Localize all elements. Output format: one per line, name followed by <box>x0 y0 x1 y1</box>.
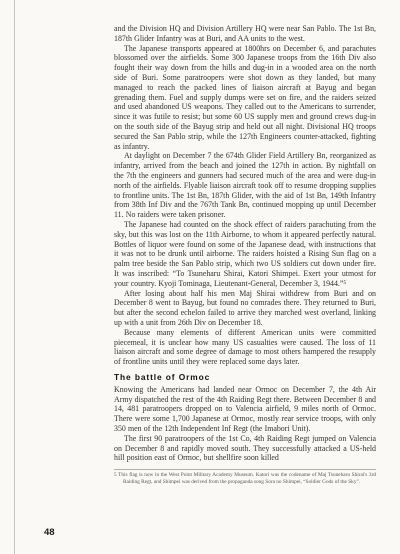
section-heading: The battle of Ormoc <box>114 373 376 382</box>
paragraph-continuation: and the Division HQ and Division Artille… <box>114 24 376 44</box>
text-column: and the Division HQ and Division Artille… <box>114 24 376 485</box>
book-page: and the Division HQ and Division Artille… <box>0 0 400 554</box>
paragraph: After losing about half his men Maj Shir… <box>114 289 376 328</box>
paragraph: The first 90 paratroopers of the 1st Co,… <box>114 434 376 463</box>
paragraph: The Japanese transports appeared at 1800… <box>114 44 376 152</box>
page-gutter-line <box>14 0 15 554</box>
paragraph: Knowing the Americans had landed near Or… <box>114 385 376 434</box>
footnote: 5 This flag is now in the West Point Mil… <box>114 472 376 485</box>
paragraph: At daylight on December 7 the 674th Glid… <box>114 151 376 220</box>
paragraph: Because many elements of different Ameri… <box>114 328 376 367</box>
footnote-rule <box>114 469 376 470</box>
paragraph: The Japanese had counted on the shock ef… <box>114 220 376 289</box>
page-number: 48 <box>44 527 55 538</box>
